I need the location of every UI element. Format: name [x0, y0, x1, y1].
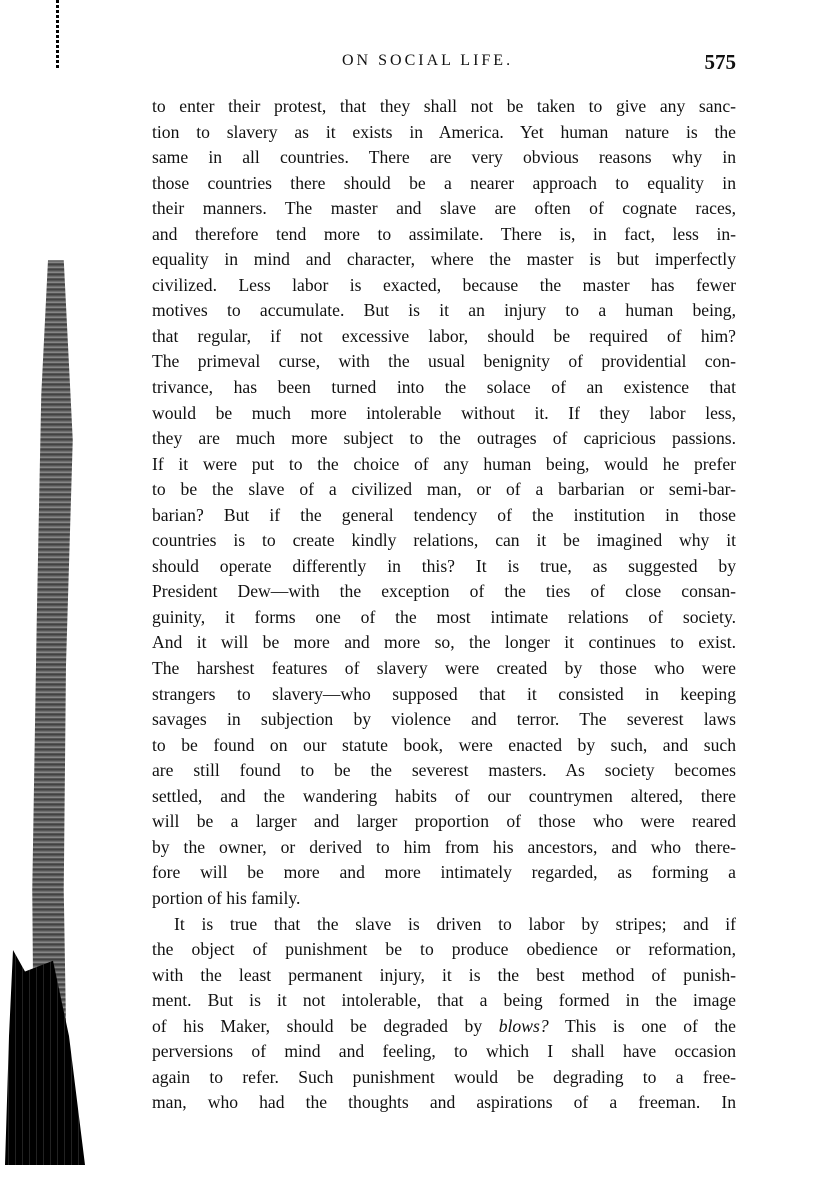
- page-number: 575: [705, 50, 737, 75]
- text-line: settled, and the wandering habits of our…: [152, 784, 736, 810]
- text-line: and therefore tend more to assimilate. T…: [152, 222, 736, 248]
- text-line: portion of his family.: [152, 886, 736, 912]
- text-line: those countries there should be a nearer…: [152, 171, 736, 197]
- italic-phrase: blows?: [499, 1016, 549, 1036]
- text-line: should operate differently in this? It i…: [152, 554, 736, 580]
- text-line: strangers to slavery—who supposed that i…: [152, 682, 736, 708]
- text-line: tion to slavery as it exists in America.…: [152, 120, 736, 146]
- text-line: are still found to be the severest maste…: [152, 758, 736, 784]
- text-line: by the owner, or derived to him from his…: [152, 835, 736, 861]
- text-line: The primeval curse, with the usual benig…: [152, 349, 736, 375]
- text-line: would be much more intolerable without i…: [152, 401, 736, 427]
- text-line: same in all countries. There are very ob…: [152, 145, 736, 171]
- text-line: trivance, has been turned into the solac…: [152, 375, 736, 401]
- binding-edge: [56, 0, 59, 70]
- text-line: barian? But if the general tendency of t…: [152, 503, 736, 529]
- body-text: to enter their protest, that they shall …: [152, 94, 736, 1116]
- text-line: And it will be more and more so, the lon…: [152, 630, 736, 656]
- text-line: It is true that the slave is driven to l…: [152, 912, 736, 938]
- text-line: countries is to create kindly relations,…: [152, 528, 736, 554]
- text-line: their manners. The master and slave are …: [152, 196, 736, 222]
- text-line-with-italic: of his Maker, should be degraded by blow…: [152, 1014, 736, 1040]
- text-line: civilized. Less labor is exacted, becaus…: [152, 273, 736, 299]
- page-header: ON SOCIAL LIFE. 575: [152, 50, 736, 74]
- running-head: ON SOCIAL LIFE.: [342, 52, 513, 70]
- text-line: equality in mind and character, where th…: [152, 247, 736, 273]
- text-line: President Dew—with the exception of the …: [152, 579, 736, 605]
- text-line: will be a larger and larger proportion o…: [152, 809, 736, 835]
- text-line: to be found on our statute book, were en…: [152, 733, 736, 759]
- text-line: savages in subjection by violence and te…: [152, 707, 736, 733]
- paragraph-2: It is true that the slave is driven to l…: [152, 912, 736, 1116]
- text-line: to be the slave of a civilized man, or o…: [152, 477, 736, 503]
- text-line: If it were put to the choice of any huma…: [152, 452, 736, 478]
- text-line: with the least permanent injury, it is t…: [152, 963, 736, 989]
- text-line: fore will be more and more intimately re…: [152, 860, 736, 886]
- text-line: man, who had the thoughts and aspiration…: [152, 1090, 736, 1116]
- scan-gutter-shadow: [0, 0, 110, 1200]
- text-line: again to refer. Such punishment would be…: [152, 1065, 736, 1091]
- text-line: guinity, it forms one of the most intima…: [152, 605, 736, 631]
- text-line: ment. But is it not intolerable, that a …: [152, 988, 736, 1014]
- text-line: they are much more subject to the outrag…: [152, 426, 736, 452]
- text-line: perversions of mind and feeling, to whic…: [152, 1039, 736, 1065]
- gutter-shading-dark: [5, 950, 85, 1165]
- text-line: the object of punishment be to produce o…: [152, 937, 736, 963]
- text-line: The harshest features of slavery were cr…: [152, 656, 736, 682]
- text-segment: This is one of the: [565, 1016, 736, 1036]
- text-line: to enter their protest, that they shall …: [152, 94, 736, 120]
- text-line: motives to accumulate. But is it an inju…: [152, 298, 736, 324]
- text-segment: of his Maker, should be degraded by: [152, 1016, 482, 1036]
- paragraph-1: to enter their protest, that they shall …: [152, 94, 736, 912]
- text-line: that regular, if not excessive labor, sh…: [152, 324, 736, 350]
